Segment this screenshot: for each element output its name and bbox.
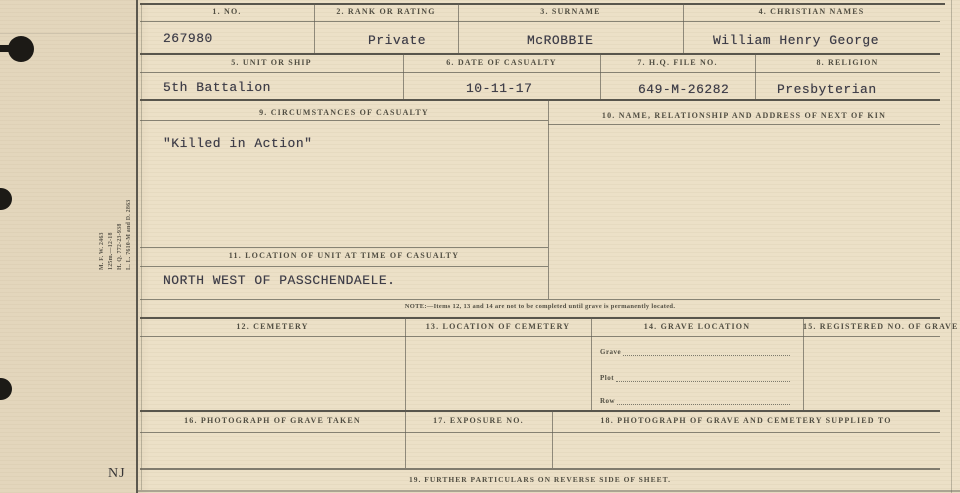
divider — [140, 99, 940, 101]
field-label-photo-taken: 16. PHOTOGRAPH OF GRAVE TAKEN — [140, 416, 405, 426]
field-label-cemetery-location: 13. LOCATION OF CEMETERY — [405, 322, 591, 332]
field-label-unit-location: 11. LOCATION OF UNIT AT TIME OF CASUALTY — [140, 251, 548, 261]
divider — [548, 124, 940, 125]
dotted-leader — [623, 353, 790, 356]
plot-line-label: Plot — [600, 374, 614, 382]
field-label-unit: 5. UNIT OR SHIP — [140, 58, 403, 68]
divider — [140, 72, 940, 73]
field-label-rank: 2. RANK OR RATING — [314, 7, 458, 17]
field-label-registered-no: 15. REGISTERED NO. OF GRAVE — [803, 322, 940, 332]
punch-hole-stem — [0, 45, 14, 52]
field-label-christian-names: 4. CHRISTIAN NAMES — [683, 7, 940, 17]
form-print-code-line: 125m.—12-18 — [107, 204, 116, 270]
divider — [140, 21, 940, 22]
field-value-surname: McROBBIE — [527, 33, 593, 48]
field-value-no: 267980 — [163, 31, 213, 46]
page-code: NJ — [108, 466, 126, 482]
field-value-date-of-casualty: 10-11-17 — [466, 81, 532, 96]
field-value-circumstances: "Killed in Action" — [163, 136, 312, 151]
field-label-no: 1. NO. — [140, 7, 314, 17]
row-line-label: Row — [600, 397, 615, 405]
form-top-border — [140, 3, 945, 5]
field-label-circumstances: 9. CIRCUMSTANCES OF CASUALTY — [140, 108, 548, 118]
card-right-edge — [951, 0, 952, 493]
footer-label: 19. FURTHER PARTICULARS ON REVERSE SIDE … — [140, 475, 940, 484]
field-value-unit: 5th Battalion — [163, 80, 271, 95]
dotted-leader — [616, 379, 790, 382]
plot-line: Plot — [600, 374, 790, 382]
field-label-cemetery: 12. CEMETERY — [140, 322, 405, 332]
field-label-grave-location: 14. GRAVE LOCATION — [591, 322, 803, 332]
field-label-exposure-no: 17. EXPOSURE NO. — [405, 416, 552, 426]
divider — [140, 247, 548, 248]
form-print-code: M. F. W. 2463 125m.—12-18 H. Q. 772-23-9… — [98, 204, 136, 270]
field-value-hq-file-no: 649-M-26282 — [638, 82, 729, 97]
field-value-christian-names: William Henry George — [713, 33, 879, 48]
divider — [548, 99, 549, 299]
form-print-code-line: H. Q. 772-23-938 — [116, 204, 125, 270]
divider — [140, 336, 940, 337]
divider — [140, 317, 940, 319]
field-value-rank: Private — [368, 33, 426, 48]
form-print-code-line: L. L. 7610-M and D. 2863 — [125, 204, 134, 270]
field-label-surname: 3. SURNAME — [458, 7, 683, 17]
divider — [140, 266, 548, 267]
row-line: Row — [600, 397, 790, 405]
field-value-religion: Presbyterian — [777, 82, 877, 97]
divider — [140, 53, 940, 55]
divider — [140, 410, 940, 412]
margin-crease — [0, 33, 136, 34]
grave-line-label: Grave — [600, 348, 621, 356]
grave-note: NOTE:—Items 12, 13 and 14 are not to be … — [140, 303, 940, 310]
field-label-hq-file-no: 7. H.Q. FILE NO. — [600, 58, 755, 68]
dotted-leader — [617, 402, 790, 405]
casualty-record-sheet: M. F. W. 2463 125m.—12-18 H. Q. 772-23-9… — [0, 0, 960, 493]
card-bottom-edge — [136, 490, 960, 492]
field-label-photo-supplied-to: 18. PHOTOGRAPH OF GRAVE AND CEMETERY SUP… — [552, 416, 940, 426]
field-label-date-of-casualty: 6. DATE OF CASUALTY — [403, 58, 600, 68]
form-print-code-line: M. F. W. 2463 — [98, 204, 107, 270]
field-label-next-of-kin: 10. NAME, RELATIONSHIP AND ADDRESS OF NE… — [548, 111, 940, 121]
punch-hole-icon — [0, 188, 12, 210]
divider — [140, 468, 940, 470]
divider — [140, 120, 548, 121]
punch-hole-icon — [0, 378, 12, 400]
field-value-unit-location: NORTH WEST OF PASSCHENDAELE. — [163, 273, 395, 288]
divider — [140, 432, 940, 433]
field-label-religion: 8. RELIGION — [755, 58, 940, 68]
grave-line: Grave — [600, 348, 790, 356]
card-left-edge — [136, 0, 138, 493]
divider — [140, 299, 940, 300]
